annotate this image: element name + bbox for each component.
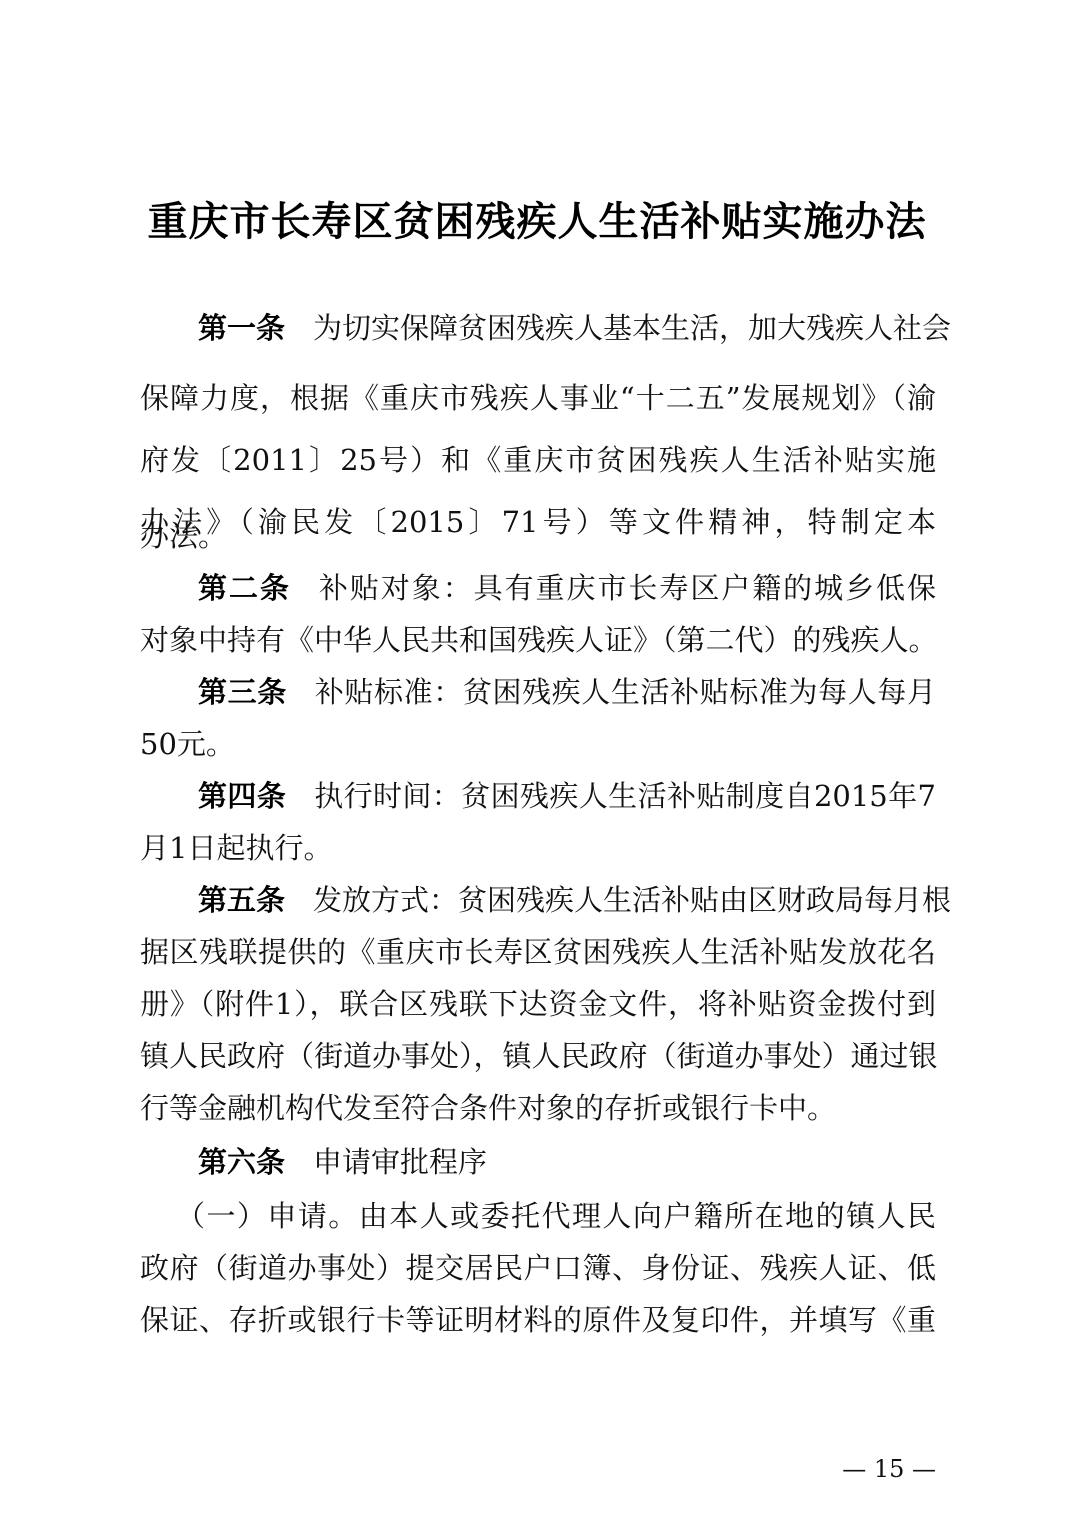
- subsection-1-line-1: （一）申请。由本人或委托代理人向户籍所在地的镇人民: [176, 1196, 936, 1236]
- article-1-line-2: 保障力度，根据《重庆市残疾人事业“十二五”发展规划》（渝: [140, 378, 936, 418]
- article-5-line-5: 行等金融机构代发至符合条件对象的存折或银行卡中。: [140, 1088, 936, 1128]
- article-label: 第六条: [198, 1145, 285, 1179]
- article-2-line-1: 第二条补贴对象：具有重庆市长寿区户籍的城乡低保: [198, 568, 936, 608]
- article-1-line-5: 办法。: [140, 516, 936, 556]
- subsection-1-line-3: 保证、存折或银行卡等证明材料的原件及复印件，并填写《重: [140, 1300, 936, 1340]
- article-text: 补贴对象：具有重庆市长寿区户籍的城乡低保: [319, 571, 936, 605]
- article-1-line-3: 府发〔2011〕25号）和《重庆市贫困残疾人生活补贴实施: [140, 440, 936, 480]
- subsection-1-line-2: 政府（街道办事处）提交居民户口簿、身份证、残疾人证、低: [140, 1248, 936, 1288]
- article-text: 发放方式：贫困残疾人生活补贴由区财政局每月根: [313, 883, 951, 917]
- article-label: 第二条: [198, 571, 291, 605]
- article-6-line-1: 第六条申请审批程序: [198, 1142, 936, 1182]
- article-label: 第四条: [198, 779, 286, 813]
- document-page: 重庆市长寿区贫困残疾人生活补贴实施办法 第一条为切实保障贫困残疾人基本生活，加大…: [0, 0, 1074, 1520]
- page-number: — 15 —: [842, 1455, 936, 1483]
- article-3-line-2: 50元。: [140, 724, 936, 764]
- article-2-line-2: 对象中持有《中华人民共和国残疾人证》（第二代）的残疾人。: [140, 620, 936, 660]
- article-label: 第一条: [198, 311, 285, 345]
- document-title: 重庆市长寿区贫困残疾人生活补贴实施办法: [0, 190, 1074, 247]
- article-label: 第三条: [198, 675, 287, 709]
- article-text: 补贴标准：贫困残疾人生活补贴标准为每人每月: [315, 675, 936, 709]
- article-1-line-1: 第一条为切实保障贫困残疾人基本生活，加大残疾人社会: [198, 308, 936, 348]
- article-5-line-2: 据区残联提供的《重庆市长寿区贫困残疾人生活补贴发放花名: [140, 932, 936, 972]
- article-text: 执行时间：贫困残疾人生活补贴制度自2015年7: [314, 779, 936, 813]
- article-4-line-2: 月1日起执行。: [140, 828, 936, 868]
- article-3-line-1: 第三条补贴标准：贫困残疾人生活补贴标准为每人每月: [198, 672, 936, 712]
- article-label: 第五条: [198, 883, 285, 917]
- article-text: 申请审批程序: [313, 1145, 487, 1179]
- article-5-line-1: 第五条发放方式：贫困残疾人生活补贴由区财政局每月根: [198, 880, 936, 920]
- article-5-line-4: 镇人民政府（街道办事处），镇人民政府（街道办事处）通过银: [140, 1036, 936, 1076]
- article-text: 为切实保障贫困残疾人基本生活，加大残疾人社会: [313, 311, 951, 345]
- article-5-line-3: 册》（附件1），联合区残联下达资金文件，将补贴资金拨付到: [140, 984, 936, 1024]
- article-4-line-1: 第四条执行时间：贫困残疾人生活补贴制度自2015年7: [198, 776, 936, 816]
